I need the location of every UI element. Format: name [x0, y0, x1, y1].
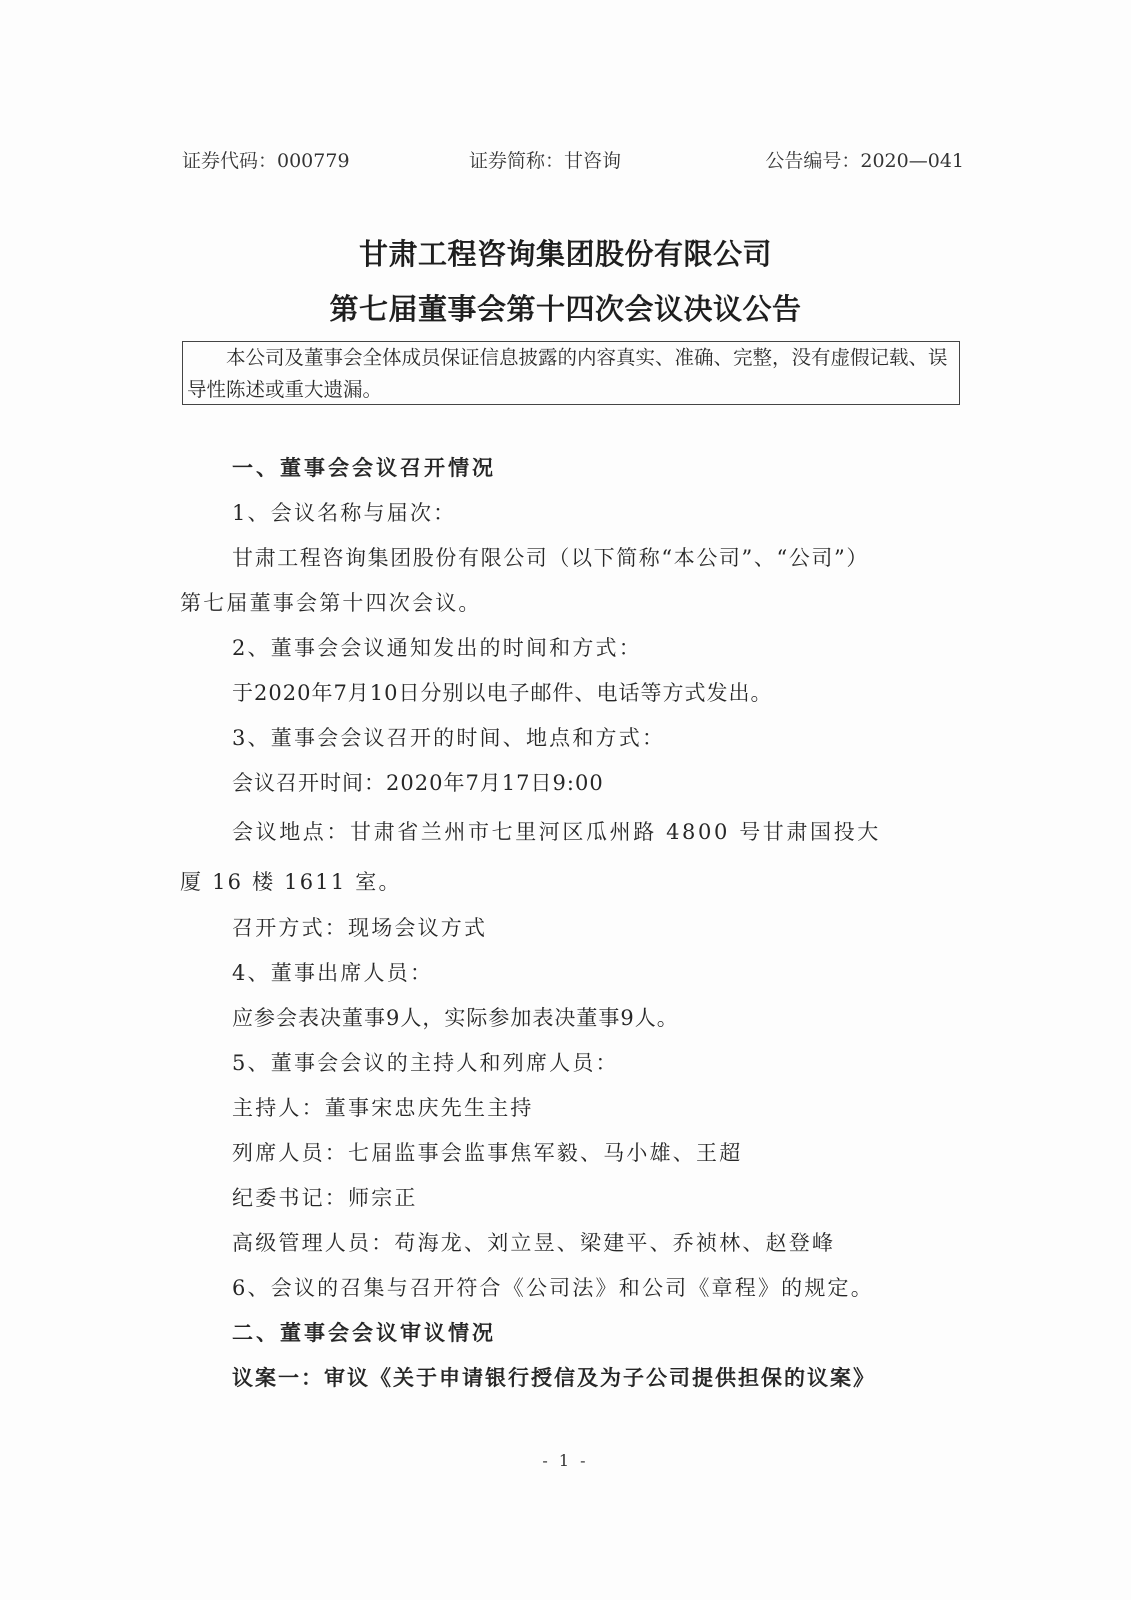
stock-code: 证券代码：000779 [182, 146, 350, 173]
disclosure-notice-text: 本公司及董事会全体成员保证信息披露的内容真实、准确、完整，没有虚假记载、误导性陈… [187, 342, 955, 406]
company-title: 甘肃工程咨询集团股份有限公司 [0, 232, 1131, 273]
item2-text: 于2020年7月10日分别以电子邮件、电话等方式发出。 [232, 677, 773, 707]
announcement-title: 第七届董事会第十四次会议决议公告 [0, 287, 1131, 328]
section-heading-deliberation: 二、董事会会议审议情况 [232, 1317, 496, 1347]
item6-text: 6、会议的召集与召开符合《公司法》和公司《章程》的规定。 [232, 1272, 874, 1302]
item4-text: 应参会表决董事9人，实际参加表决董事9人。 [232, 1002, 679, 1032]
item1-text-line2: 第七届董事会第十四次会议。 [180, 587, 482, 617]
item3-label: 3、董事会会议召开的时间、地点和方式： [232, 722, 665, 752]
disclosure-notice-box: 本公司及董事会全体成员保证信息披露的内容真实、准确、完整，没有虚假记载、误导性陈… [182, 341, 960, 405]
motion-one: 议案一：审议《关于申请银行授信及为子公司提供担保的议案》 [232, 1362, 876, 1392]
item1-label: 1、会议名称与届次： [232, 497, 456, 527]
item2-label: 2、董事会会议通知发出的时间和方式： [232, 632, 642, 662]
meeting-place-line2: 厦 16 楼 1611 室。 [180, 866, 402, 896]
meeting-time: 会议召开时间：2020年7月17日9:00 [232, 767, 604, 797]
page-number: - 1 - [0, 1451, 1131, 1470]
announcement-header: 证券代码：000779 证券简称：甘咨询 公告编号：2020—041 [182, 146, 964, 176]
meeting-place-line1: 会议地点：甘肃省兰州市七里河区瓜州路 4800 号甘肃国投大 [232, 816, 881, 846]
document-page: 证券代码：000779 证券简称：甘咨询 公告编号：2020—041 甘肃工程咨… [0, 0, 1131, 1600]
item1-text-line1: 甘肃工程咨询集团股份有限公司（以下简称“本公司”、“公司”） [232, 542, 869, 572]
senior-management: 高级管理人员：苟海龙、刘立昱、梁建平、乔祯林、赵登峰 [232, 1227, 835, 1257]
section-heading-meeting-convening: 一、董事会会议召开情况 [232, 452, 496, 482]
item4-label: 4、董事出席人员： [232, 957, 433, 987]
stock-short-name: 证券简称：甘咨询 [469, 146, 621, 173]
discipline-secretary: 纪委书记：师宗正 [232, 1182, 418, 1212]
meeting-method: 召开方式：现场会议方式 [232, 912, 487, 942]
meeting-attendees: 列席人员：七届监事会监事焦军毅、马小雄、王超 [232, 1137, 742, 1167]
announcement-number: 公告编号：2020—041 [765, 146, 964, 173]
meeting-host: 主持人：董事宋忠庆先生主持 [232, 1092, 534, 1122]
item5-label: 5、董事会会议的主持人和列席人员： [232, 1047, 619, 1077]
